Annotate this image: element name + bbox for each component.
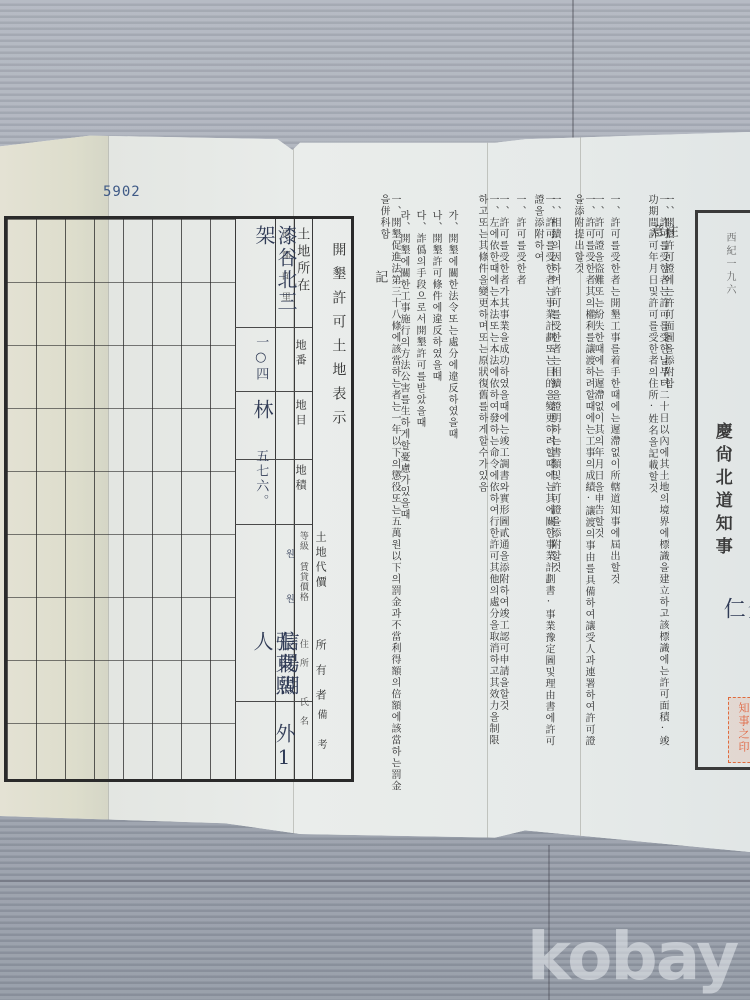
cell-owner-name: 張東熙 外1人 <box>251 631 295 771</box>
note-item: 一、許可를受한者其의權利를讓渡하려할때에는工事의成績·讓渡의事由를具備하여讓受人… <box>566 194 594 754</box>
note-item: 一、許可를受한者 <box>514 194 525 394</box>
note-item: 一、許可를受한者는許可를受한날부터二十日以內에其土地의境界에標識을建立하고該標識… <box>640 194 668 754</box>
official-seal-stamp: 慶尙北道知事之印 <box>728 697 750 763</box>
watermark: kobay <box>527 918 737 995</box>
row-divider <box>235 391 312 392</box>
header-remarks: 備考 <box>315 709 326 779</box>
header-lot-number: 地番 <box>294 339 306 389</box>
issuer-title: 慶尙北道知事 <box>712 422 731 602</box>
land-table: 土地所在 道 郡 面 里 地番 地目 地積 土地代價 等級 賃貸價格 所有者 住… <box>4 216 354 782</box>
issue-date-faded: 西紀一九六 <box>724 232 735 372</box>
note-item: 가、開墾에關한法令또는處分에違反하였을때 <box>446 210 457 750</box>
header-land-category: 地目 <box>294 399 306 449</box>
cell-area: 五七六。 <box>253 449 267 519</box>
blank-grid <box>7 219 235 779</box>
cell-price-unit: 원 <box>283 594 293 603</box>
cell-location: 漆谷北三 架 <box>253 225 297 330</box>
note-item: 一、許可를受한者는開墾工事를着手한때에는遲滯없이所轄道知事에屆出할것 <box>608 194 619 754</box>
note-item: 一、許可를受한者가其事業을成功하였을때에는竣工調書와實形圖貳通을添附하여竣工認可… <box>497 194 508 754</box>
seal-text: 慶尙北道知事之印 <box>735 702 750 762</box>
header-area: 地積 <box>294 464 306 514</box>
header-land-price: 土地代價 <box>314 531 326 621</box>
permit-document: 5902 土地所在 道 郡 面 里 地番 地目 地積 土地代價 等級 賃貸價格 … <box>0 132 750 852</box>
note-item: 一、許可를受한者는事業計劃또는目的을變更하려할때에는其에關한事業計劃書·事業豫定… <box>530 194 554 754</box>
serial-number: 5902 <box>103 184 141 200</box>
column-divider <box>235 219 236 779</box>
cell-lot-number: 一○四 <box>253 335 267 395</box>
cell-price-unit: 원 <box>283 549 293 558</box>
note-item: 나、開墾許可條件에違反하였을때 <box>430 210 441 750</box>
note-item: 一、開墾促進法第三十八條에該當하는者는一年以下의懲役또는五萬원以下의罰金과不當利… <box>378 194 400 794</box>
row-divider <box>235 524 312 525</box>
cell-land-category: 林 <box>251 399 273 439</box>
note-item: 一、左에依한때에는本法또는本法에依하여發하는命令에依하여行한許可其他의處分을取消… <box>462 194 498 754</box>
table-title: 開墾許可土地表示 <box>330 242 345 442</box>
surface-seam <box>0 880 750 882</box>
column-divider <box>312 219 313 779</box>
surface-seam <box>572 0 574 140</box>
row-divider <box>235 459 312 460</box>
